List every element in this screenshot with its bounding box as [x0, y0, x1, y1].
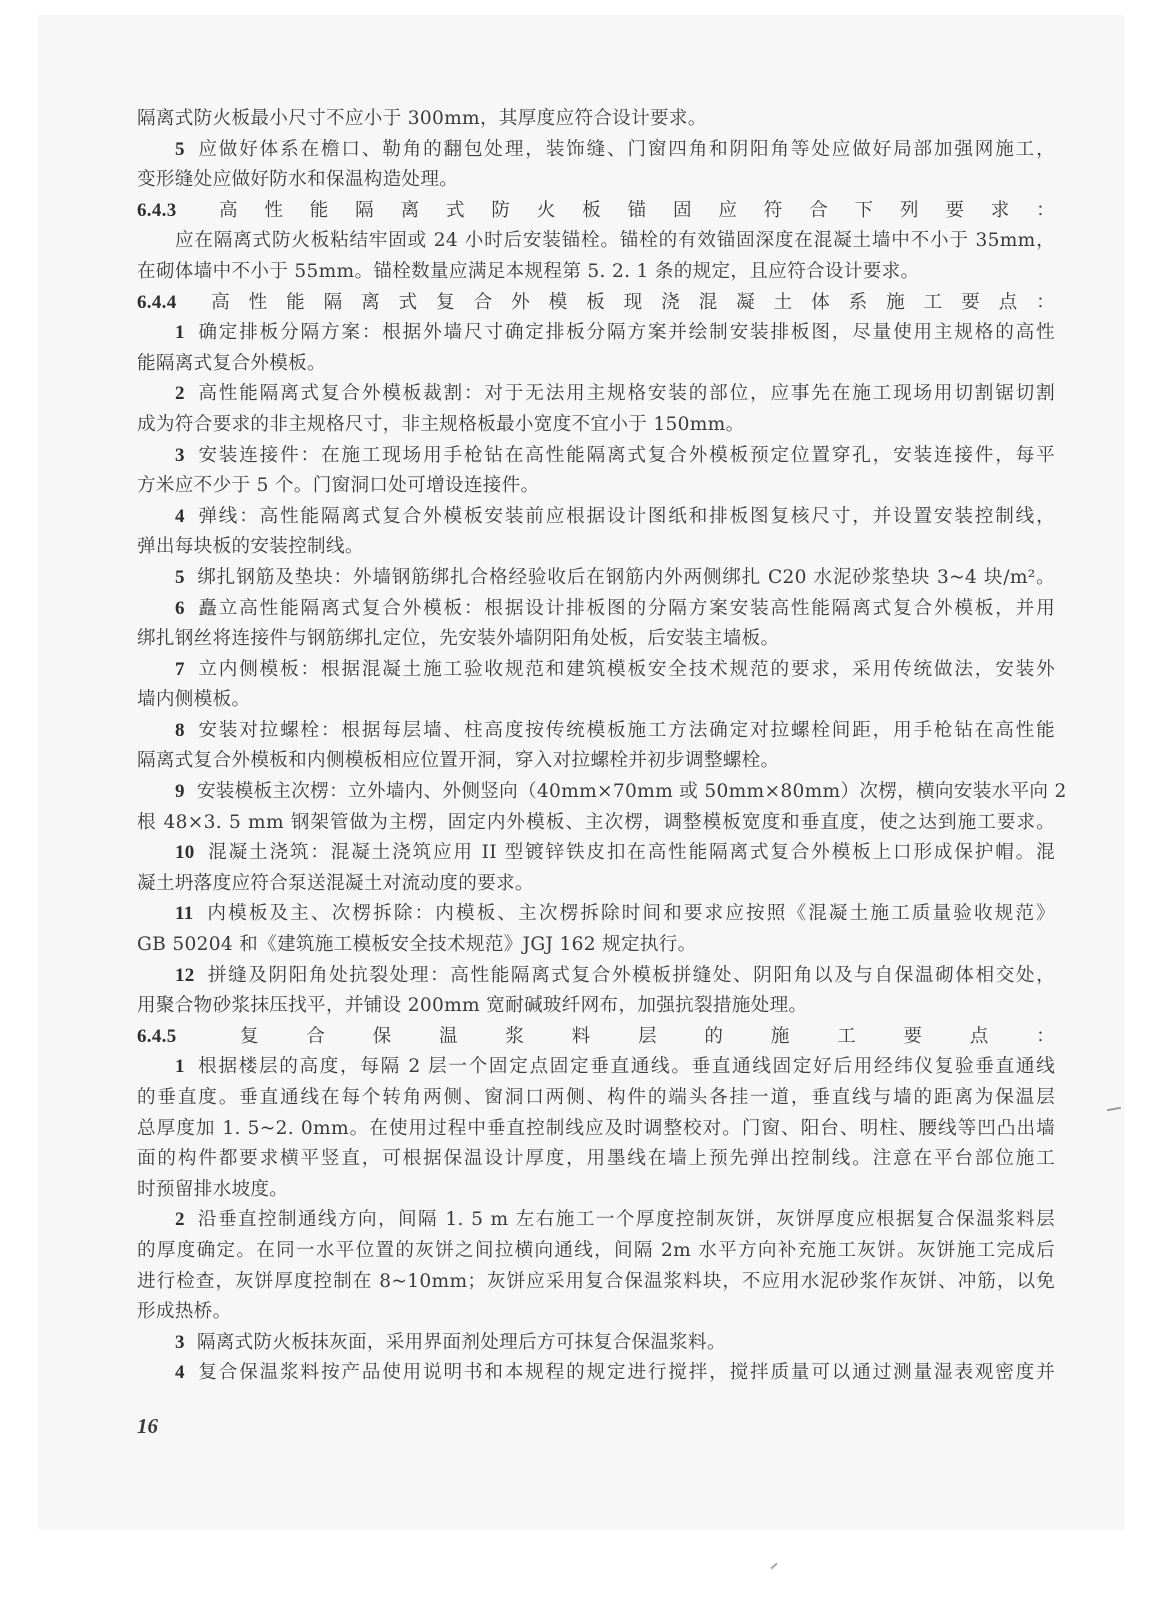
item-number: 10	[175, 842, 195, 863]
item-number: 7	[175, 659, 185, 680]
continuation-line: 进行检查，灰饼厚度控制在 8~10mm；灰饼应采用复合保温浆料块，不应用水泥砂浆…	[137, 1267, 1055, 1298]
item-number: 5	[175, 567, 185, 588]
continuation-line: 在砌体墙中不小于 55mm。锚栓数量应满足本规程第 5. 2. 1 条的规定，且…	[137, 257, 1055, 288]
continuation-line: 方米应不少于 5 个。门窗洞口处可增设连接件。	[137, 471, 1055, 502]
list-item: 10混凝土浇筑：混凝土浇筑应用 II 型镀锌铁皮扣在高性能隔离式复合外模板上口形…	[137, 838, 1055, 869]
continuation-line: 时预留排水坡度。	[137, 1175, 1055, 1206]
continuation-line: 墙内侧模板。	[137, 685, 1055, 716]
line-text: 立内侧模板：根据混凝土施工验收规范和建筑模板安全技术规范的要求，采用传统做法，安…	[197, 659, 1055, 680]
line-text: 方米应不少于 5 个。门窗洞口处可增设连接件。	[137, 475, 539, 496]
continuation-line: 成为符合要求的非主规格尺寸，非主规格板最小宽度不宜小于 150mm。	[137, 410, 1055, 441]
line-text: 隔离式防火板最小尺寸不应小于 300mm，其厚度应符合设计要求。	[137, 108, 707, 129]
line-text: 的垂直度。垂直通线在每个转角两侧、窗洞口两侧、构件的端头各挂一道，垂直线与墙的距…	[137, 1087, 1055, 1108]
line-text: 成为符合要求的非主规格尺寸，非主规格板最小宽度不宜小于 150mm。	[137, 414, 745, 435]
line-text: 时预留排水坡度。	[137, 1179, 288, 1200]
section-heading: 6.4.4高性能隔离式复合外模板现浇混凝土体系施工要点：	[137, 288, 1055, 319]
section-number: 6.4.3	[137, 200, 177, 221]
line-text: 内模板及主、次楞拆除：内模板、主次楞拆除时间和要求应按照《混凝土施工质量验收规范…	[206, 903, 1055, 924]
item-number: 4	[175, 1362, 185, 1383]
line-text: 应做好体系在檐口、勒角的翻包处理，装饰缝、门窗四角和阴阳角等处应做好局部加强网施…	[197, 139, 1055, 160]
line-text: 的厚度确定。在同一水平位置的灰饼之间拉横向通线，间隔 2m 水平方向补充施工灰饼…	[137, 1240, 1055, 1261]
line-text: 高性能隔离式复合外模板裁割：对于无法用主规格安装的部位，应事先在施工现场用切割锯…	[197, 383, 1055, 404]
line-text: 隔离式防火板抹灰面，采用界面剂处理后方可抹复合保温浆料。	[197, 1332, 726, 1353]
item-number: 6	[175, 598, 185, 619]
list-item: 3隔离式防火板抹灰面，采用界面剂处理后方可抹复合保温浆料。	[137, 1328, 1055, 1359]
continuation-line: 凝土坍落度应符合泵送混凝土对流动度的要求。	[137, 869, 1055, 900]
item-number: 2	[175, 1209, 185, 1230]
line-text: 弹出每块板的安装控制线。	[137, 536, 364, 557]
continuation-line: 隔离式防火板最小尺寸不应小于 300mm，其厚度应符合设计要求。	[137, 104, 1055, 135]
continuation-line: 根 48×3. 5 mm 钢架管做为主楞，固定内外模板、主次楞，调整模板宽度和垂…	[137, 808, 1055, 839]
item-number: 1	[175, 322, 185, 343]
section-heading: 6.4.3高性能隔离式防火板锚固应符合下列要求：	[137, 196, 1055, 227]
line-text: 根据楼层的高度，每隔 2 层一个固定点固定垂直通线。垂直通线固定好后用经纬仪复验…	[197, 1056, 1055, 1077]
continuation-line: 的垂直度。垂直通线在每个转角两侧、窗洞口两侧、构件的端头各挂一道，垂直线与墙的距…	[137, 1083, 1055, 1114]
line-text: 变形缝处应做好防水和保温构造处理。	[137, 169, 458, 190]
line-text: 安装连接件：在施工现场用手枪钻在高性能隔离式复合外模板预定位置穿孔，安装连接件，…	[197, 445, 1055, 466]
continuation-line: 绑扎钢丝将连接件与钢筋绑扎定位，先安装外墙阴阳角处板，后安装主墙板。	[137, 624, 1055, 655]
item-number: 2	[175, 383, 185, 404]
list-item: 12拼缝及阴阳角处抗裂处理：高性能隔离式复合外模板拼缝处、阴阳角以及与自保温砌体…	[137, 961, 1055, 992]
line-text: 凝土坍落度应符合泵送混凝土对流动度的要求。	[137, 873, 534, 894]
line-text: 安装对拉螺栓：根据每层墙、柱高度按传统模板施工方法确定对拉螺栓间距，用手枪钻在高…	[197, 720, 1055, 741]
page-number: 16	[137, 1414, 158, 1439]
continuation-line: 总厚度加 1. 5~2. 0mm。在使用过程中垂直控制线应及时调整校对。门窗、阳…	[137, 1114, 1055, 1145]
item-number: 12	[175, 965, 195, 986]
page-body: 隔离式防火板最小尺寸不应小于 300mm，其厚度应符合设计要求。5应做好体系在檐…	[137, 104, 1055, 1389]
line-text: GB 50204 和《建筑施工模板安全技术规范》JGJ 162 规定执行。	[137, 934, 697, 955]
list-item: 8安装对拉螺栓：根据每层墙、柱高度按传统模板施工方法确定对拉螺栓间距，用手枪钻在…	[137, 716, 1055, 747]
list-item: 2沿垂直控制通线方向，间隔 1. 5 m 左右施工一个厚度控制灰饼，灰饼厚度应根…	[137, 1205, 1055, 1236]
line-text: 沿垂直控制通线方向，间隔 1. 5 m 左右施工一个厚度控制灰饼，灰饼厚度应根据…	[197, 1209, 1055, 1230]
item-number: 3	[175, 445, 185, 466]
continuation-line: GB 50204 和《建筑施工模板安全技术规范》JGJ 162 规定执行。	[137, 930, 1055, 961]
item-number: 9	[175, 781, 185, 802]
line-text: 复合保温浆料层的施工要点：	[193, 1026, 1056, 1047]
list-item: 4复合保温浆料按产品使用说明书和本规程的规定进行搅拌，搅拌质量可以通过测量湿表观…	[137, 1358, 1055, 1389]
line-text: 矗立高性能隔离式复合外模板：根据设计排板图的分隔方案安装高性能隔离式复合外模板，…	[197, 598, 1055, 619]
list-item: 9安装模板主次楞：立外墙内、外侧竖向（40mm×70mm 或 50mm×80mm…	[137, 777, 1055, 808]
item-number: 3	[175, 1332, 185, 1353]
line-text: 能隔离式复合外模板。	[137, 353, 326, 374]
line-text: 根 48×3. 5 mm 钢架管做为主楞，固定内外模板、主次楞，调整模板宽度和垂…	[137, 812, 1055, 833]
continuation-line: 弹出每块板的安装控制线。	[137, 532, 1055, 563]
line-text: 混凝土浇筑：混凝土浇筑应用 II 型镀锌铁皮扣在高性能隔离式复合外模板上口形成保…	[207, 842, 1055, 863]
list-item: 11内模板及主、次楞拆除：内模板、主次楞拆除时间和要求应按照《混凝土施工质量验收…	[137, 899, 1055, 930]
list-item: 4弹线：高性能隔离式复合外模板安装前应根据设计图纸和排板图复核尺寸，并设置安装控…	[137, 502, 1055, 533]
line-text: 绑扎钢筋及垫块：外墙钢筋绑扎合格经验收后在钢筋内外两侧绑扎 C20 水泥砂浆垫块…	[197, 567, 1055, 588]
line-text: 拼缝及阴阳角处抗裂处理：高性能隔离式复合外模板拼缝处、阴阳角以及与自保温砌体相交…	[207, 965, 1055, 986]
continuation-line: 用聚合物砂浆抹压找平，并铺设 200mm 宽耐碱玻纤网布，加强抗裂措施处理。	[137, 991, 1055, 1022]
section-number: 6.4.5	[137, 1026, 177, 1047]
continuation-line: 隔离式复合外模板和内侧模板相应位置开洞，穿入对拉螺栓并初步调整螺栓。	[137, 746, 1055, 777]
list-item: 2高性能隔离式复合外模板裁割：对于无法用主规格安装的部位，应事先在施工现场用切割…	[137, 379, 1055, 410]
list-item: 6矗立高性能隔离式复合外模板：根据设计排板图的分隔方案安装高性能隔离式复合外模板…	[137, 594, 1055, 625]
line-text: 形成热桥。	[137, 1301, 231, 1322]
continuation-line: 的厚度确定。在同一水平位置的灰饼之间拉横向通线，间隔 2m 水平方向补充施工灰饼…	[137, 1236, 1055, 1267]
line-text: 弹线：高性能隔离式复合外模板安装前应根据设计图纸和排板图复核尺寸，并设置安装控制…	[197, 506, 1055, 527]
item-number: 5	[175, 139, 185, 160]
item-number: 11	[175, 903, 194, 924]
line-text: 墙内侧模板。	[137, 689, 250, 710]
list-item: 3安装连接件：在施工现场用手枪钻在高性能隔离式复合外模板预定位置穿孔，安装连接件…	[137, 441, 1055, 472]
paragraph-line: 应在隔离式防火板粘结牢固或 24 小时后安装锚栓。锚栓的有效锚固深度在混凝土墙中…	[137, 226, 1055, 257]
continuation-line: 能隔离式复合外模板。	[137, 349, 1055, 380]
continuation-line: 面的构件都要求横平竖直，可根据保温设计厚度，用墨线在墙上预先弹出控制线。注意在平…	[137, 1144, 1055, 1175]
section-heading: 6.4.5复合保温浆料层的施工要点：	[137, 1022, 1055, 1053]
line-text: 高性能隔离式防火板锚固应符合下列要求：	[193, 200, 1056, 221]
line-text: 面的构件都要求横平竖直，可根据保温设计厚度，用墨线在墙上预先弹出控制线。注意在平…	[137, 1148, 1055, 1169]
line-text: 总厚度加 1. 5~2. 0mm。在使用过程中垂直控制线应及时调整校对。门窗、阳…	[137, 1118, 1055, 1139]
line-text: 复合保温浆料按产品使用说明书和本规程的规定进行搅拌，搅拌质量可以通过测量湿表观密…	[197, 1362, 1055, 1383]
line-text: 确定排板分隔方案：根据外墙尺寸确定排板分隔方案并绘制安装排板图，尽量使用主规格的…	[197, 322, 1055, 343]
item-number: 4	[175, 506, 185, 527]
list-item: 1确定排板分隔方案：根据外墙尺寸确定排板分隔方案并绘制安装排板图，尽量使用主规格…	[137, 318, 1055, 349]
line-text: 用聚合物砂浆抹压找平，并铺设 200mm 宽耐碱玻纤网布，加强抗裂措施处理。	[137, 995, 807, 1016]
list-item: 1根据楼层的高度，每隔 2 层一个固定点固定垂直通线。垂直通线固定好后用经纬仪复…	[137, 1052, 1055, 1083]
line-text: 进行检查，灰饼厚度控制在 8~10mm；灰饼应采用复合保温浆料块，不应用水泥砂浆…	[137, 1271, 1055, 1292]
continuation-line: 形成热桥。	[137, 1297, 1055, 1328]
continuation-line: 变形缝处应做好防水和保温构造处理。	[137, 165, 1055, 196]
item-number: 1	[175, 1056, 185, 1077]
list-item: 5绑扎钢筋及垫块：外墙钢筋绑扎合格经验收后在钢筋内外两侧绑扎 C20 水泥砂浆垫…	[137, 563, 1055, 594]
line-text: 绑扎钢丝将连接件与钢筋绑扎定位，先安装外墙阴阳角处板，后安装主墙板。	[137, 628, 779, 649]
item-number: 8	[175, 720, 185, 741]
list-item: 7立内侧模板：根据混凝土施工验收规范和建筑模板安全技术规范的要求，采用传统做法，…	[137, 655, 1055, 686]
scan-artifact-mark	[770, 1563, 777, 1570]
line-text: 应在隔离式防火板粘结牢固或 24 小时后安装锚栓。锚栓的有效锚固深度在混凝土墙中…	[175, 230, 1055, 251]
list-item: 5应做好体系在檐口、勒角的翻包处理，装饰缝、门窗四角和阴阳角等处应做好局部加强网…	[137, 135, 1055, 166]
line-text: 隔离式复合外模板和内侧模板相应位置开洞，穿入对拉螺栓并初步调整螺栓。	[137, 750, 779, 771]
section-number: 6.4.4	[137, 292, 177, 313]
line-text: 在砌体墙中不小于 55mm。锚栓数量应满足本规程第 5. 2. 1 条的规定，且…	[137, 261, 919, 282]
line-text: 安装模板主次楞：立外墙内、外侧竖向（40mm×70mm 或 50mm×80mm）…	[197, 781, 1067, 802]
line-text: 高性能隔离式复合外模板现浇混凝土体系施工要点：	[193, 292, 1056, 313]
